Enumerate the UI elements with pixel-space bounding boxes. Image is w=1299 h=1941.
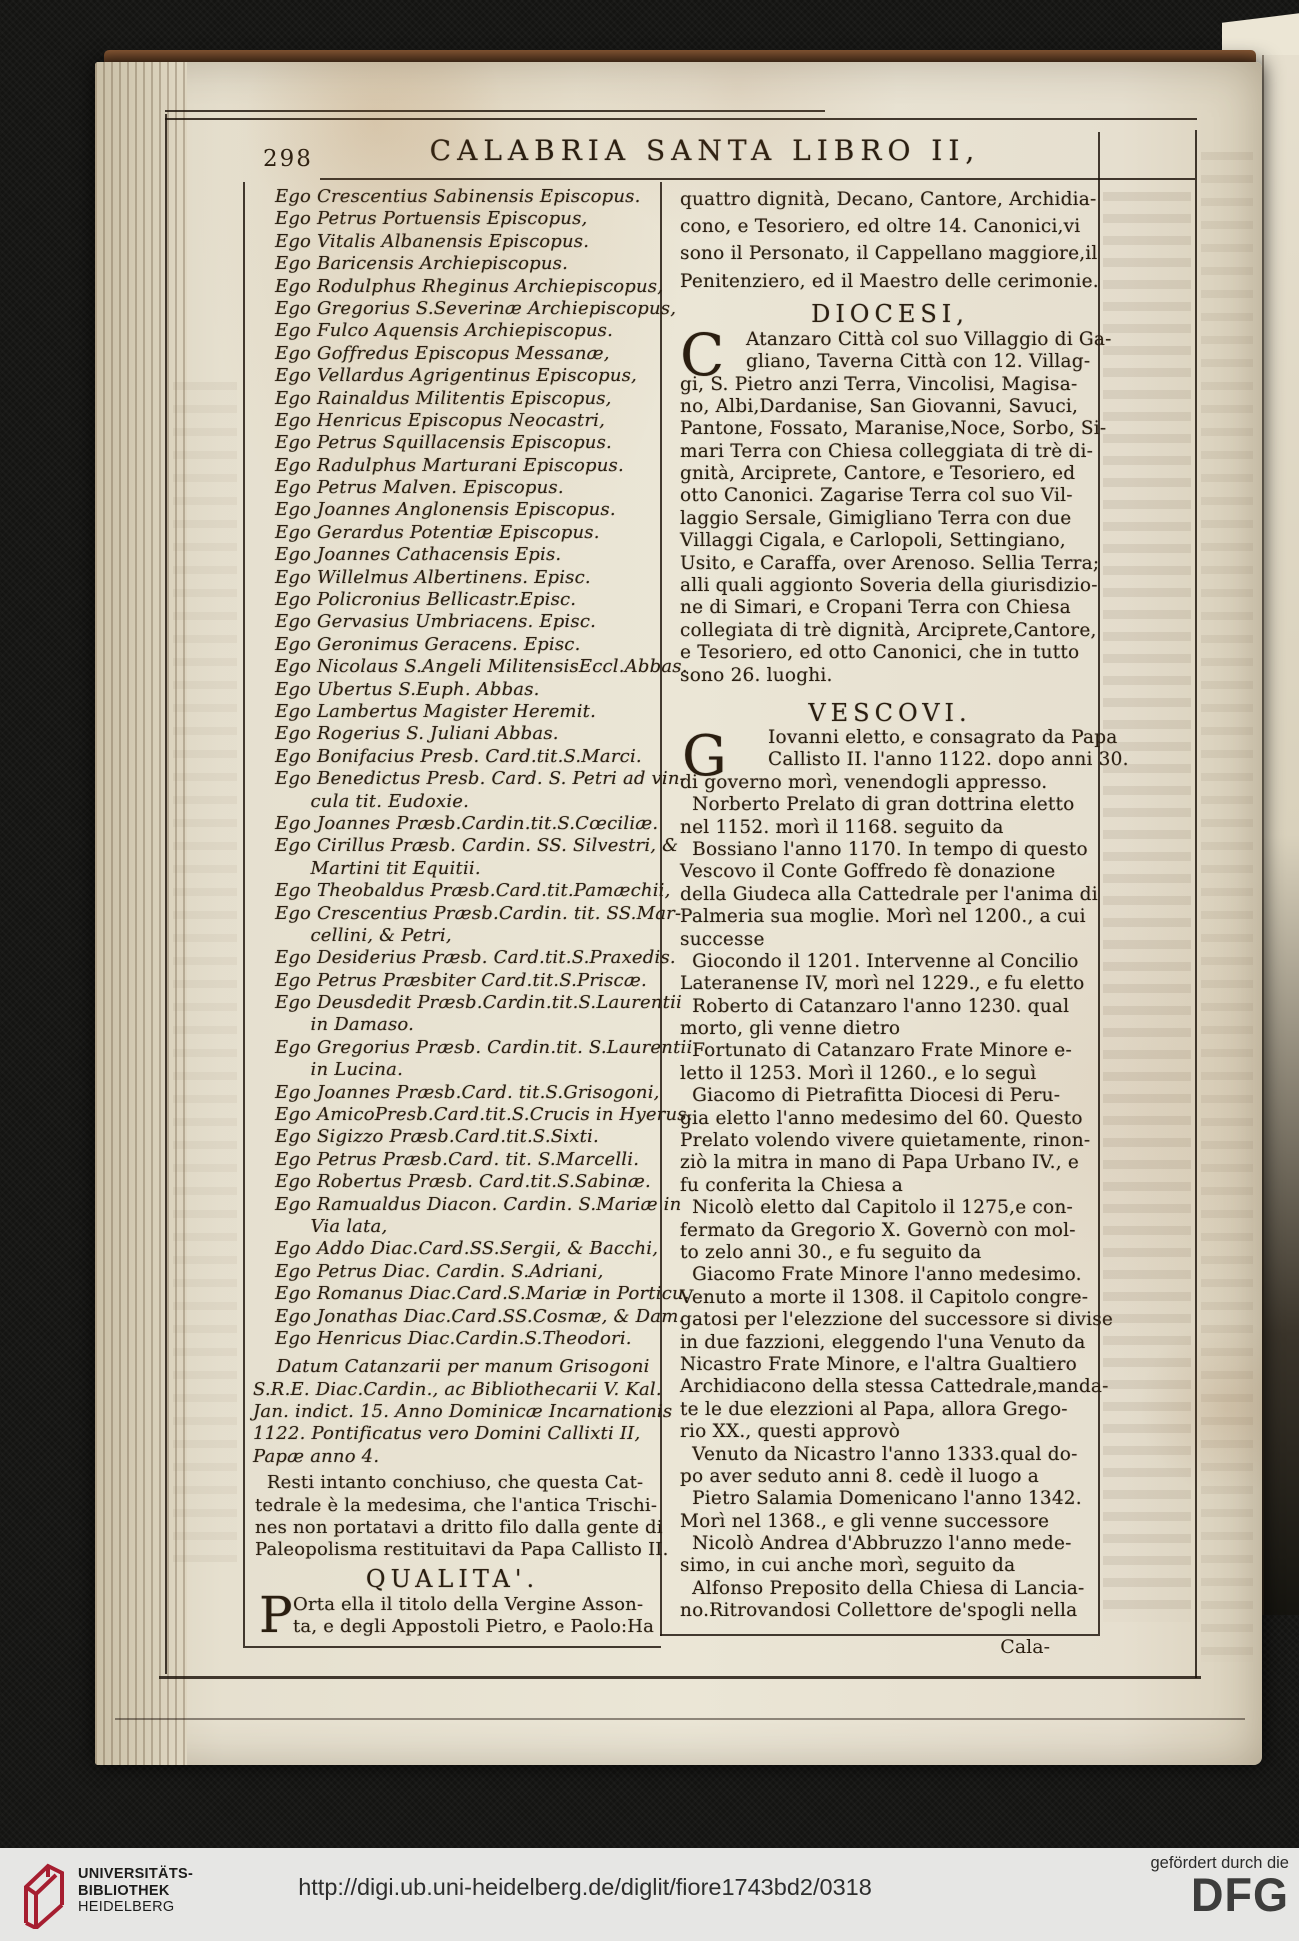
- text-line: Ego Lambertus Magister Heremit.: [245, 701, 660, 723]
- text-line: no, Albi,Dardanise, San Giovanni, Savuci…: [680, 396, 1100, 418]
- text-line: Ego Henricus Episcopus Neocastri,: [245, 410, 660, 432]
- text-line: Nicolò Andrea d'Abbruzzo l'anno mede-: [680, 1533, 1100, 1555]
- ink-bleedthrough: [1103, 192, 1191, 1622]
- dropcap-C: C: [680, 329, 724, 381]
- qualita-paragraph-lines: Orta ella il titolo della Vergine Asson-…: [245, 1594, 660, 1639]
- text-line: Venuto da Nicastro l'anno 1333.qual do-: [680, 1444, 1100, 1466]
- text-line: 1122. Pontificatus vero Domini Callixti …: [245, 1423, 660, 1445]
- text-line: Ego Petrus Diac. Cardin. S.Adriani,: [245, 1261, 660, 1283]
- text-line: Ego Theobaldus Præsb.Card.tit.Pamæchii,: [245, 880, 660, 902]
- text-line: fermato da Gregorio X. Governò con mol-: [680, 1220, 1100, 1242]
- frame-rule-left-outer: [165, 114, 167, 1674]
- text-line: Ego Petrus Præsbiter Card.tit.S.Priscæ.: [245, 970, 660, 992]
- conclusion-paragraph: Resti intanto conchiuso, che questa Cat-…: [245, 1472, 660, 1562]
- text-line: Archidiacono della stessa Cattedrale,man…: [680, 1376, 1100, 1398]
- text-line: della Giudeca alla Cattedrale per l'anim…: [680, 884, 1100, 906]
- frame-rule-top-1: [165, 110, 825, 112]
- text-line: di governo morì, venendogli appresso.: [680, 772, 1100, 794]
- datum-paragraph: Datum Catanzarii per manum GrisogoniS.R.…: [245, 1356, 660, 1468]
- text-line: Ego Goffredus Episcopus Messanæ,: [245, 343, 660, 365]
- text-line: Giacomo Frate Minore l'anno medesimo.: [680, 1264, 1100, 1286]
- text-line: otto Canonici. Zagarise Terra col suo Vi…: [680, 485, 1100, 507]
- text-line: quattro dignità, Decano, Cantore, Archid…: [680, 186, 1100, 213]
- qualita-paragraph: P Orta ella il titolo della Vergine Asso…: [245, 1594, 660, 1639]
- text-line: Bossiano l'anno 1170. In tempo di questo: [680, 839, 1100, 861]
- text-line: Ego Gregorius S.Severinæ Archiepiscopus,: [245, 298, 660, 320]
- text-line: Pantone, Fossato, Maranise,Noce, Sorbo, …: [680, 418, 1100, 440]
- text-line: ne di Simari, e Cropani Terra con Chiesa: [680, 597, 1100, 619]
- text-line: S.R.E. Diac.Cardin., ac Bibliothecarii V…: [245, 1379, 660, 1401]
- library-footer: UNIVERSITÄTS- BIBLIOTHEK HEIDELBERG http…: [0, 1848, 1299, 1941]
- text-line: Ego Joannes Præsb.Cardin.tit.S.Cœciliæ.: [245, 813, 660, 835]
- text-line: collegiata di trè dignità, Arciprete,Can…: [680, 620, 1100, 642]
- text-line: Ego Robertus Præsb. Card.tit.S.Sabinæ.: [245, 1171, 660, 1193]
- text-line: Ego Radulphus Marturani Episcopus.: [245, 455, 660, 477]
- text-line: Datum Catanzarii per manum Grisogoni: [245, 1356, 660, 1378]
- text-line: laggio Sersale, Gimigliano Terra con due: [680, 508, 1100, 530]
- page-edge-stack-left: [95, 62, 187, 1765]
- diocesi-body-lines: gi, S. Pietro anzi Terra, Vincolisi, Mag…: [680, 374, 1100, 687]
- text-line: cono, e Tesoriero, ed oltre 14. Canonici…: [680, 213, 1100, 240]
- text-line: Via lata,: [245, 1216, 660, 1238]
- text-line: Ego Gervasius Umbriacens. Episc.: [245, 611, 660, 633]
- library-name-line: HEIDELBERG: [78, 1899, 193, 1916]
- book-page: 298 CALABRIA SANTA LIBRO II, Ego Crescen…: [95, 62, 1262, 1765]
- text-line: Alfonso Preposito della Chiesa di Lancia…: [680, 1578, 1100, 1600]
- text-line: e Tesoriero, ed otto Canonici, che in tu…: [680, 642, 1100, 664]
- text-line: to zelo anni 30., e fu seguito da: [680, 1242, 1100, 1264]
- text-line: po aver seduto anni 8. cedè il luogo a: [680, 1466, 1100, 1488]
- vescovi-heading: VESCOVI.: [680, 700, 1100, 726]
- left-column-bottom-rule: [243, 1646, 661, 1648]
- text-line: Ego Henricus Diac.Cardin.S.Theodori.: [245, 1328, 660, 1350]
- text-line: te le due elezzioni al Papa, allora Greg…: [680, 1399, 1100, 1421]
- text-line: Ego Bonifacius Presb. Card.tit.S.Marci.: [245, 746, 660, 768]
- text-line: Jan. indict. 15. Anno Dominicæ Incarnati…: [245, 1401, 660, 1423]
- catchword: Cala-: [680, 1636, 1100, 1658]
- text-line: Ego Fulco Aquensis Archiepiscopus.: [245, 320, 660, 342]
- text-line: ta, e degli Appostoli Pietro, e Paolo:Ha: [245, 1616, 660, 1638]
- text-line: gatosi per l'elezzione del successore si…: [680, 1309, 1100, 1331]
- text-line: Giacomo di Pietrafitta Diocesi di Peru-: [680, 1085, 1100, 1107]
- right-column: quattro dignità, Decano, Cantore, Archid…: [680, 186, 1100, 1623]
- qualita-heading: QUALITA'.: [245, 1566, 660, 1592]
- text-line: alli quali aggionto Soveria della giuris…: [680, 575, 1100, 597]
- running-header: CALABRIA SANTA LIBRO II,: [215, 134, 1195, 167]
- text-line: Ego Vellardus Agrigentinus Episcopus,: [245, 365, 660, 387]
- dropcap-P: P: [259, 1592, 293, 1638]
- text-line: Ego Petrus Malven. Episcopus.: [245, 477, 660, 499]
- text-line: in due fazzioni, eleggendo l'una Venuto …: [680, 1332, 1100, 1354]
- text-line: Ego AmicoPresb.Card.tit.S.Crucis in Hyer…: [245, 1104, 660, 1126]
- page-bottom-edge-line: [115, 1718, 1245, 1720]
- text-line: Callisto II. l'anno 1122. dopo anni 30.: [680, 749, 1100, 771]
- text-line: Ego Willelmus Albertinens. Episc.: [245, 567, 660, 589]
- diocesi-paragraph: C Atanzaro Città col suo Villaggio di Ga…: [680, 329, 1100, 687]
- text-line: Lateranense IV, morì nel 1229., e fu ele…: [680, 973, 1100, 995]
- text-line: nel 1152. morì il 1168. seguito da: [680, 817, 1100, 839]
- text-line: Villaggi Cigala, e Carlopoli, Settingian…: [680, 530, 1100, 552]
- text-line: Papæ anno 4.: [245, 1446, 660, 1468]
- text-line: Fortunato di Catanzaro Frate Minore e-: [680, 1040, 1100, 1062]
- text-line: Morì nel 1368., e gli venne successore: [680, 1511, 1100, 1533]
- text-line: sono il Personato, il Cappellano maggior…: [680, 240, 1100, 267]
- text-line: Roberto di Catanzaro l'anno 1230. qual: [680, 996, 1100, 1018]
- text-line: Ego Petrus Præsb.Card. tit. S.Marcelli.: [245, 1149, 660, 1171]
- text-line: Ego Nicolaus S.Angeli MilitensisEccl.Abb…: [245, 656, 660, 678]
- text-line: Ego Rainaldus Militentis Episcopus,: [245, 388, 660, 410]
- text-line: Ego Deusdedit Præsb.Cardin.tit.S.Laurent…: [245, 992, 660, 1014]
- chapter-intro-paragraph: quattro dignità, Decano, Cantore, Archid…: [680, 186, 1100, 295]
- frame-rule-right-outer: [1195, 130, 1197, 1678]
- vescovi-body-lines: di governo morì, venendogli appresso. No…: [680, 772, 1100, 1623]
- text-line: Iovanni eletto, e consagrato da Papa: [680, 727, 1100, 749]
- text-line: Ego Joannes Cathacensis Epis.: [245, 544, 660, 566]
- text-line: in Damaso.: [245, 1014, 660, 1036]
- text-line: Usito, e Caraffa, over Arenoso. Sellia T…: [680, 553, 1100, 575]
- text-line: morto, gli venne dietro: [680, 1018, 1100, 1040]
- diocesi-lead-lines: Atanzaro Città col suo Villaggio di Ga-g…: [680, 329, 1100, 374]
- text-line: Ego Gerardus Potentiæ Episcopus.: [245, 522, 660, 544]
- text-line: Resti intanto conchiuso, che questa Cat-: [245, 1472, 660, 1494]
- text-line: Ego Rogerius S. Juliani Abbas.: [245, 723, 660, 745]
- text-line: gi, S. Pietro anzi Terra, Vincolisi, Mag…: [680, 374, 1100, 396]
- vescovi-paragraph: G Iovanni eletto, e consagrato da PapaCa…: [680, 727, 1100, 1623]
- ink-bleedthrough: [1201, 152, 1253, 1662]
- frame-rule-top-2: [165, 118, 1197, 120]
- left-column: Ego Crescentius Sabinensis Episcopus.Ego…: [245, 186, 660, 1639]
- text-line: Ego Addo Diac.Card.SS.Sergii, & Bacchi,: [245, 1238, 660, 1260]
- text-line: Ego Vitalis Albanensis Episcopus.: [245, 231, 660, 253]
- text-line: Ego Petrus Portuensis Episcopus,: [245, 208, 660, 230]
- text-line: ziò la mitra in mano di Papa Urbano IV.,…: [680, 1152, 1100, 1174]
- text-line: Ego Benedictus Presb. Card. S. Petri ad …: [245, 768, 660, 790]
- text-line: in Lucina.: [245, 1059, 660, 1081]
- text-line: sono 26. luoghi.: [680, 665, 1100, 687]
- text-line: rio XX., questi approvò: [680, 1421, 1100, 1443]
- scan-source-url: http://digi.ub.uni-heidelberg.de/diglit/…: [0, 1874, 1170, 1901]
- scan-photo: 298 CALABRIA SANTA LIBRO II, Ego Crescen…: [0, 0, 1299, 1941]
- header-underline: [320, 178, 1195, 180]
- text-line: Ego Sigizzo Præsb.Card.tit.S.Sixti.: [245, 1126, 660, 1148]
- diocesi-heading: DIOCESI,: [680, 301, 1100, 327]
- text-line: Ego Desiderius Præsb. Card.tit.S.Praxedi…: [245, 947, 660, 969]
- text-line: gnità, Arciprete, Cantore, e Tesoriero, …: [680, 463, 1100, 485]
- text-line: Norberto Prelato di gran dottrina eletto: [680, 794, 1100, 816]
- text-line: Nicastro Frate Minore, e l'altra Gualtie…: [680, 1354, 1100, 1376]
- text-line: Martini tit Equitii.: [245, 858, 660, 880]
- text-line: fu conferita la Chiesa a: [680, 1175, 1100, 1197]
- dfg-logo: DFG: [1150, 1872, 1289, 1918]
- subscription-list: Ego Crescentius Sabinensis Episcopus.Ego…: [245, 186, 660, 1350]
- text-line: Ego Baricensis Archiepiscopus.: [245, 253, 660, 275]
- text-line: Prelato volendo vivere quietamente, rino…: [680, 1130, 1100, 1152]
- text-line: mari Terra con Chiesa colleggiata di trè…: [680, 441, 1100, 463]
- text-line: nes non portatavi a dritto filo dalla ge…: [245, 1517, 660, 1539]
- text-line: Vescovo il Conte Goffredo fè donazione: [680, 861, 1100, 883]
- text-line: Ego Petrus Squillacensis Episcopus.: [245, 432, 660, 454]
- text-line: Ego Joannes Præsb.Card. tit.S.Grisogoni,: [245, 1082, 660, 1104]
- text-line: cellini, & Petri,: [245, 925, 660, 947]
- text-line: Orta ella il titolo della Vergine Asson-: [245, 1594, 660, 1616]
- text-line: cula tit. Eudoxie.: [245, 791, 660, 813]
- vescovi-lead-lines: Iovanni eletto, e consagrato da PapaCall…: [680, 727, 1100, 772]
- text-line: Penitenziero, ed il Maestro delle cerimo…: [680, 268, 1100, 295]
- text-line: gia eletto l'anno medesimo del 60. Quest…: [680, 1108, 1100, 1130]
- text-line: gliano, Taverna Città con 12. Villag-: [680, 351, 1100, 373]
- text-line: Ego Crescentius Sabinensis Episcopus.: [245, 186, 660, 208]
- text-line: Ego Gregorius Præsb. Cardin.tit. S.Laure…: [245, 1037, 660, 1059]
- text-line: no.Ritrovandosi Collettore de'spogli nel…: [680, 1600, 1100, 1622]
- text-line: Ego Joannes Anglonensis Episcopus.: [245, 499, 660, 521]
- text-line: Ego Policronius Bellicastr.Episc.: [245, 589, 660, 611]
- text-line: Nicolò eletto dal Capitolo il 1275,e con…: [680, 1197, 1100, 1219]
- text-line: Ego Geronimus Geracens. Episc.: [245, 634, 660, 656]
- dropcap-G: G: [682, 731, 727, 783]
- frame-rule-bottom: [159, 1676, 1201, 1679]
- text-line: Ego Romanus Diac.Card.S.Mariæ in Porticu…: [245, 1283, 660, 1305]
- text-line: Ego Cirillus Præsb. Cardin. SS. Silvestr…: [245, 835, 660, 857]
- text-line: Atanzaro Città col suo Villaggio di Ga-: [680, 329, 1100, 351]
- text-line: Ego Rodulphus Rheginus Archiepiscopus,: [245, 276, 660, 298]
- text-line: successe: [680, 929, 1100, 951]
- text-line: Giocondo il 1201. Intervenne al Concilio: [680, 951, 1100, 973]
- page-edge-right: [1262, 55, 1299, 1615]
- funding-block: gefördert durch die DFG: [1150, 1854, 1289, 1917]
- text-line: Paleopolisma restituitavi da Papa Callis…: [245, 1539, 660, 1561]
- text-line: Ego Ramualdus Diacon. Cardin. S.Mariæ in: [245, 1194, 660, 1216]
- text-line: Venuto a morte il 1308. il Capitolo cong…: [680, 1287, 1100, 1309]
- text-line: Ego Crescentius Præsb.Cardin. tit. SS.Ma…: [245, 903, 660, 925]
- text-line: tedrale è la medesima, che l'antica Tris…: [245, 1495, 660, 1517]
- text-line: letto il 1253. Morì il 1260., e lo seguì: [680, 1063, 1100, 1085]
- text-line: Pietro Salamia Domenicano l'anno 1342.: [680, 1488, 1100, 1510]
- text-line: Palmeria sua moglie. Morì nel 1200., a c…: [680, 906, 1100, 928]
- text-line: simo, in cui anche morì, seguito da: [680, 1555, 1100, 1577]
- text-line: Ego Jonathas Diac.Card.SS.Cosmæ, & Dam.: [245, 1306, 660, 1328]
- text-line: Ego Ubertus S.Euph. Abbas.: [245, 679, 660, 701]
